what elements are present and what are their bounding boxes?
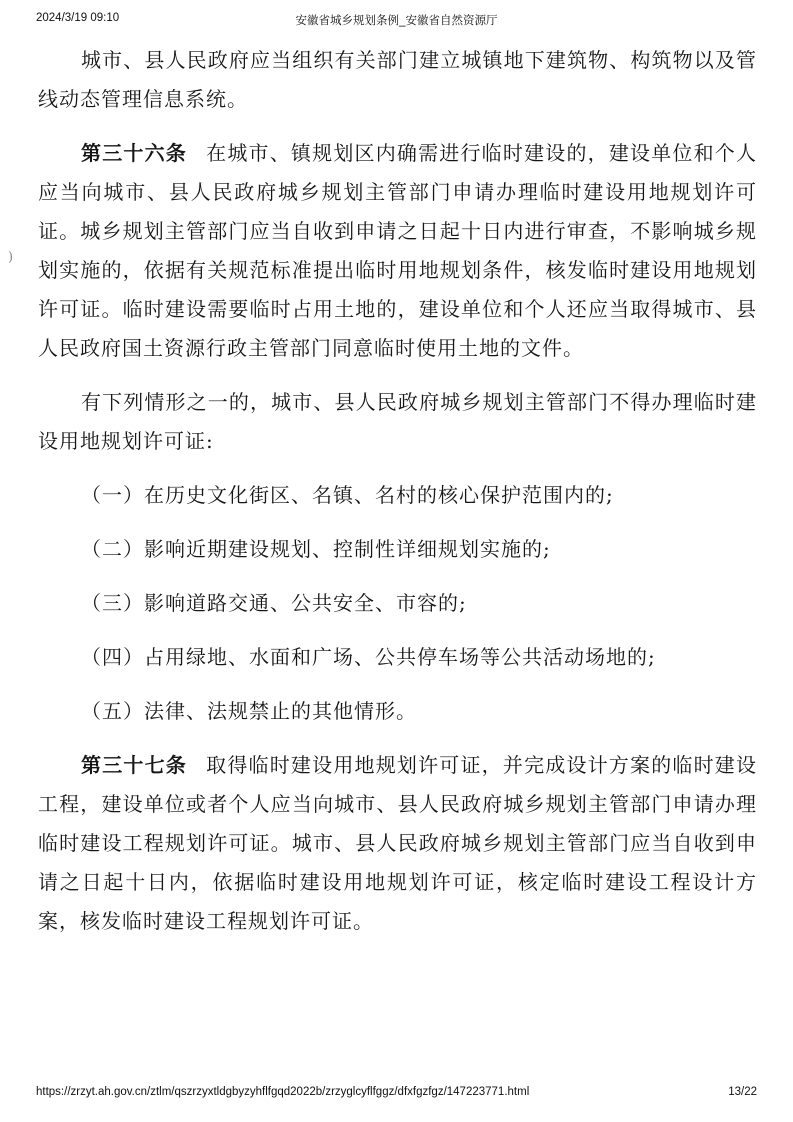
document-body: 城市、县人民政府应当组织有关部门建立城镇地下建筑物、构筑物以及管线动态管理信息系… bbox=[38, 41, 757, 956]
source-url: https://zrzyt.ah.gov.cn/ztlm/qszrzyxtldg… bbox=[36, 1086, 529, 1098]
list-item: （五）法律、法规禁止的其他情形。 bbox=[38, 692, 757, 731]
page-indicator: 13/22 bbox=[728, 1086, 757, 1098]
article-paragraph: 第三十六条在城市、镇规划区内确需进行临时建设的，建设单位和个人应当向城市、县人民… bbox=[38, 134, 757, 368]
scan-artifact: ) bbox=[8, 250, 13, 265]
list-item: （三）影响道路交通、公共安全、市容的; bbox=[38, 584, 757, 623]
print-footer: https://zrzyt.ah.gov.cn/ztlm/qszrzyxtldg… bbox=[36, 1086, 757, 1098]
article-number: 第三十六条 bbox=[81, 141, 187, 165]
list-item: （一）在历史文化街区、名镇、名村的核心保护范围内的; bbox=[38, 476, 757, 515]
article-text: 取得临时建设用地规划许可证，并完成设计方案的临时建设工程，建设单位或者个人应当向… bbox=[38, 753, 757, 933]
printed-page: { "print_header": { "datetime": "2024/3/… bbox=[0, 0, 793, 1122]
list-item: （四）占用绿地、水面和广场、公共停车场等公共活动场地的; bbox=[38, 638, 757, 677]
article-paragraph: 第三十七条取得临时建设用地规划许可证，并完成设计方案的临时建设工程，建设单位或者… bbox=[38, 746, 757, 941]
article-number: 第三十七条 bbox=[81, 753, 187, 777]
print-document-title: 安徽省城乡规划条例_安徽省自然资源厅 bbox=[36, 12, 757, 28]
paragraph: 城市、县人民政府应当组织有关部门建立城镇地下建筑物、构筑物以及管线动态管理信息系… bbox=[38, 41, 757, 119]
article-text: 在城市、镇规划区内确需进行临时建设的，建设单位和个人应当向城市、县人民政府城乡规… bbox=[38, 141, 757, 360]
print-header: 2024/3/19 09:10 安徽省城乡规划条例_安徽省自然资源厅 bbox=[36, 10, 757, 26]
list-item: （二）影响近期建设规划、控制性详细规划实施的; bbox=[38, 530, 757, 569]
paragraph: 有下列情形之一的，城市、县人民政府城乡规划主管部门不得办理临时建设用地规划许可证… bbox=[38, 383, 757, 461]
